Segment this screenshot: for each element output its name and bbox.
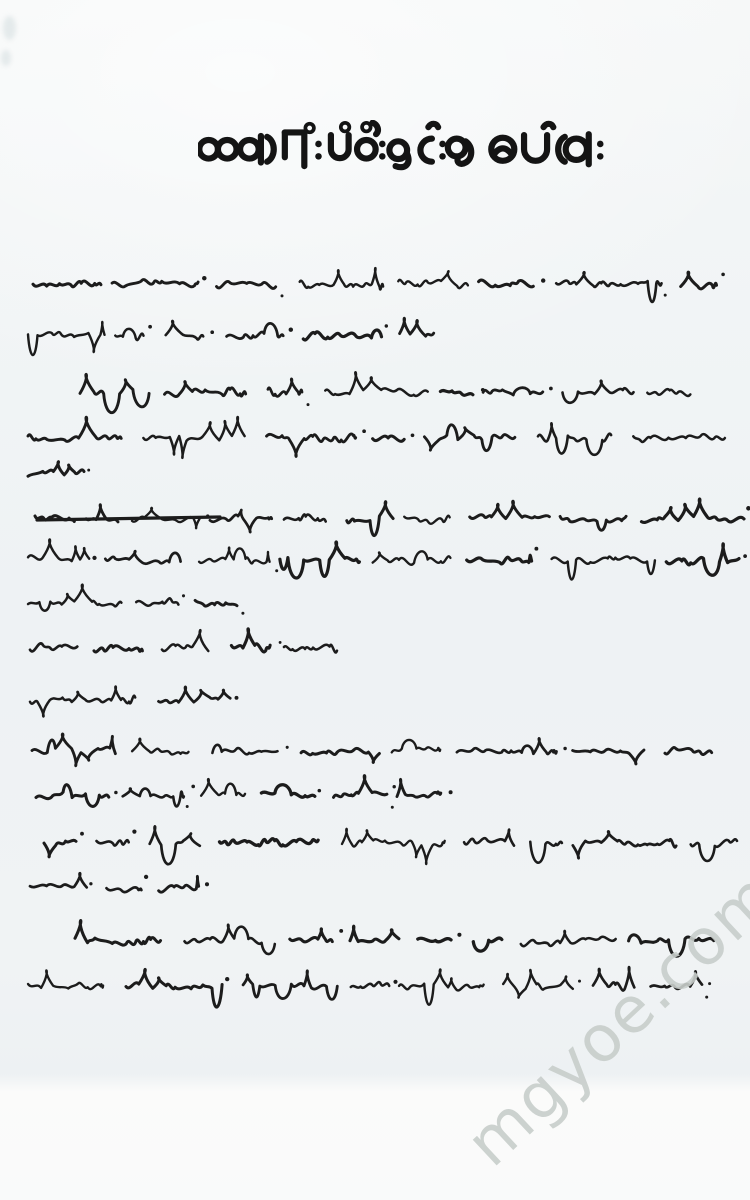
handwriting-line [28, 462, 90, 477]
handwriting-line [30, 687, 238, 717]
handwriting-line [80, 372, 690, 412]
strikethrough [37, 517, 220, 520]
handwriting-line [28, 417, 725, 458]
handwriting-line [30, 873, 209, 892]
scanned-page: ဆရာကြီးပီမိုးနင်း၏ လက်ရေး mgyoe.com [0, 0, 750, 1200]
handwriting-line [28, 539, 747, 579]
handwriting-line [36, 776, 453, 809]
handwriting-line [35, 499, 750, 536]
handwriting-line [30, 629, 337, 653]
handwriting-line [28, 585, 244, 615]
handwriting-line [44, 826, 737, 864]
handwriting-line [75, 921, 714, 957]
handwriting-line [32, 734, 712, 766]
handwriting-line [28, 318, 434, 355]
handwriting-line [33, 268, 725, 302]
